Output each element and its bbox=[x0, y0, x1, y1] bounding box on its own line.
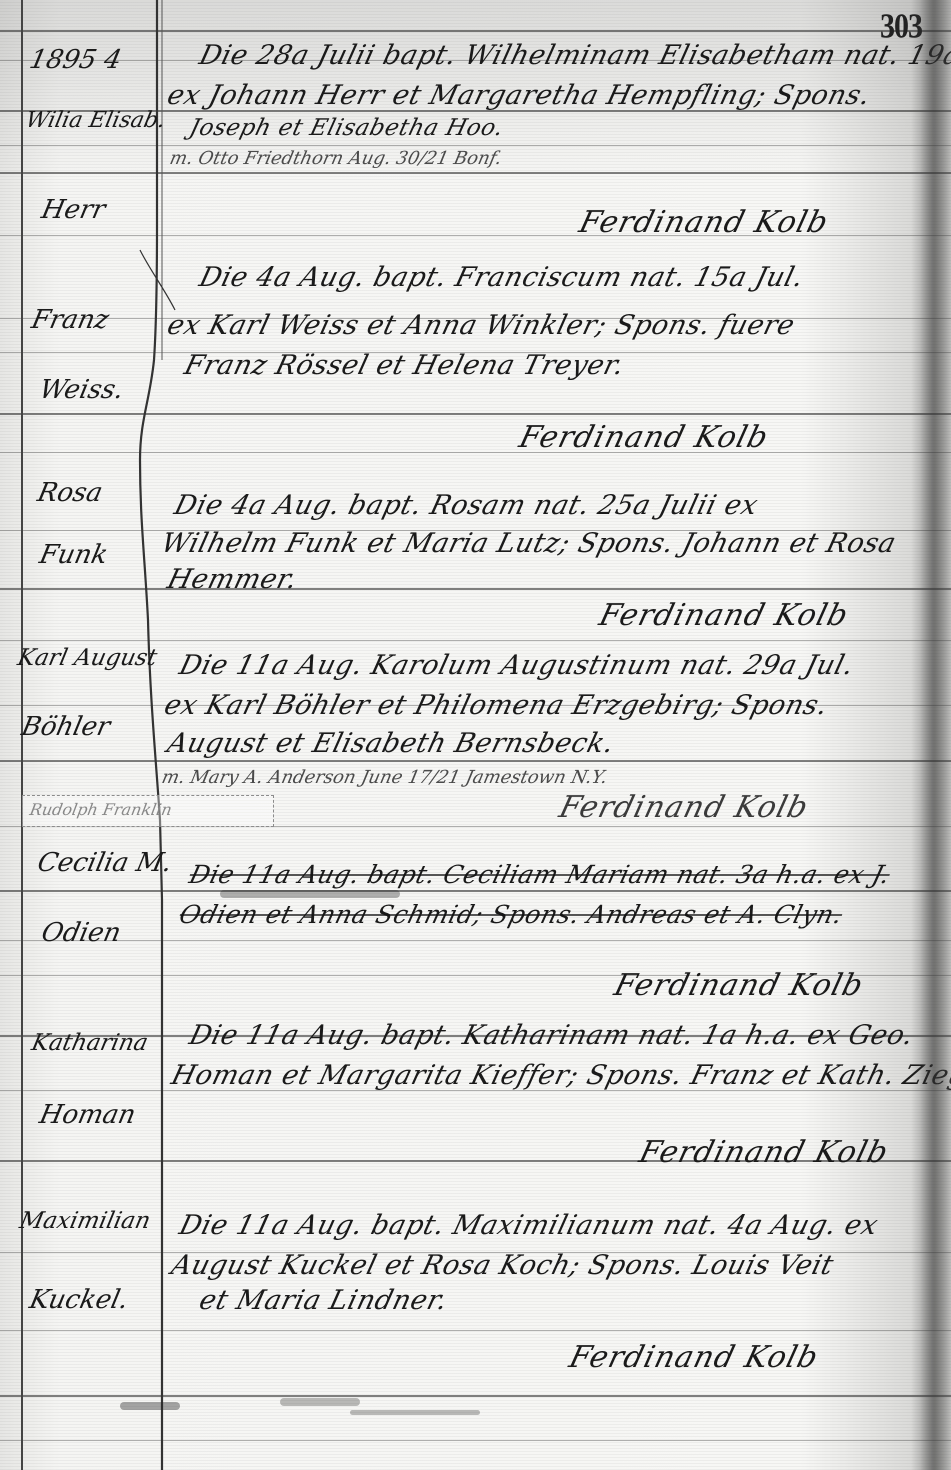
entry-line: Franz Rössel et Helena Treyer. bbox=[181, 350, 627, 381]
entry-line: Die 4a Aug. bapt. Franciscum nat. 15a Ju… bbox=[196, 262, 807, 293]
entry-line: ex Karl Weiss et Anna Winkler; Spons. fu… bbox=[164, 310, 798, 341]
pasted-label-text: Rudolph Franklin bbox=[28, 800, 173, 819]
entry-line: August Kuckel et Rosa Koch; Spons. Louis… bbox=[168, 1250, 837, 1281]
margin-surname: Odien bbox=[39, 918, 124, 948]
entry-line-struck: Odien et Anna Schmid; Spons. Andreas et … bbox=[176, 900, 845, 929]
margin-child-name: Katharina bbox=[29, 1030, 150, 1056]
priest-signature: Ferdinand Kolb bbox=[611, 968, 868, 1003]
margin-surname: Böhler bbox=[19, 712, 113, 742]
margin-surname: Funk bbox=[37, 540, 111, 570]
priest-signature: Ferdinand Kolb bbox=[576, 205, 833, 240]
entry-line: Joseph et Elisabetha Hoo. bbox=[187, 115, 507, 141]
margin-child-name: Wilia Elisab. bbox=[23, 108, 167, 133]
entry-year: 1895 4 bbox=[27, 45, 124, 75]
scan-shadow-gutter bbox=[911, 0, 951, 1470]
margin-surname: Weiss. bbox=[37, 375, 127, 405]
entry-line: August et Elisabeth Bernsbeck. bbox=[164, 728, 617, 759]
entry-line: et Maria Lindner. bbox=[196, 1285, 451, 1316]
margin-surname: Herr bbox=[39, 195, 108, 225]
ink-smudge bbox=[220, 890, 400, 898]
priest-signature: Ferdinand Kolb bbox=[556, 790, 813, 825]
entry-line: Wilhelm Funk et Maria Lutz; Spons. Johan… bbox=[158, 528, 899, 559]
margin-child-name: Karl August bbox=[15, 645, 159, 671]
margin-surname: Homan bbox=[37, 1100, 139, 1130]
entry-line: Die 11a Aug. Karolum Augustinum nat. 29a… bbox=[176, 650, 857, 681]
entry-line: Die 4a Aug. bapt. Rosam nat. 25a Julii e… bbox=[171, 490, 761, 521]
entry-line: Die 11a Aug. bapt. Maximilianum nat. 4a … bbox=[176, 1210, 881, 1241]
ink-blot bbox=[280, 1398, 360, 1406]
margin-child-name: Cecilia M. bbox=[35, 848, 175, 878]
marriage-note: m. Mary A. Anderson June 17/21 Jamestown… bbox=[160, 767, 610, 788]
entry-line: ex Karl Böhler et Philomena Erzgebirg; S… bbox=[161, 690, 831, 721]
ink-blot bbox=[120, 1402, 180, 1410]
entry-line-struck: Die 11a Aug. bapt. Ceciliam Mariam nat. … bbox=[186, 860, 893, 889]
priest-signature: Ferdinand Kolb bbox=[636, 1135, 893, 1170]
priest-signature: Ferdinand Kolb bbox=[516, 420, 773, 455]
entry-line: Die 28a Julii bapt. Wilhelminam Elisabet… bbox=[196, 40, 951, 71]
margin-surname: Kuckel. bbox=[27, 1285, 131, 1315]
register-page: 303 1895 4 Wilia Elisab. Herr Die 28a Ju… bbox=[0, 0, 951, 1470]
margin-child-name: Franz bbox=[29, 305, 112, 335]
margin-child-name: Maximilian bbox=[17, 1208, 153, 1234]
priest-signature: Ferdinand Kolb bbox=[566, 1340, 823, 1375]
margin-child-name: Rosa bbox=[35, 478, 105, 508]
priest-signature: Ferdinand Kolb bbox=[596, 598, 853, 633]
entry-line: Homan et Margarita Kieffer; Spons. Franz… bbox=[168, 1060, 951, 1091]
entry-line: ex Johann Herr et Margaretha Hempfling; … bbox=[164, 80, 874, 111]
marriage-note: m. Otto Friedthorn Aug. 30/21 Bonf. bbox=[168, 148, 504, 169]
entry-line: Hemmer. bbox=[164, 564, 300, 595]
entry-line: Die 11a Aug. bapt. Katharinam nat. 1a h.… bbox=[186, 1020, 917, 1051]
ink-blot bbox=[350, 1410, 480, 1415]
